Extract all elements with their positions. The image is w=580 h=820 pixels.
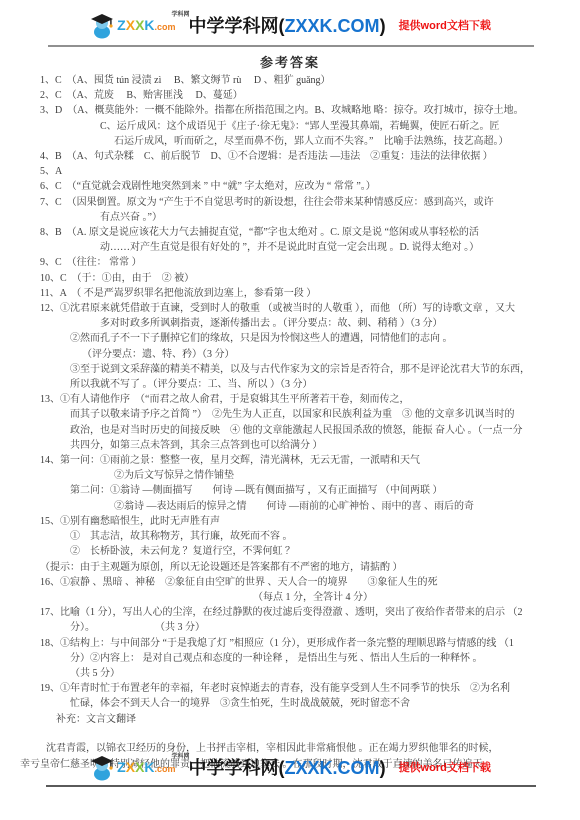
logo-wordmark: ZXXK.com学科网 [117,760,175,774]
answer-line: 9、C （往往： 常常 ） [40,255,566,270]
answer-line: 11、A （ 不是严嵩罗织罪名把他流放到边塞上，参看第一段 ） [40,286,566,301]
answer-line: 而其子以敬来请予序之首简 ”） ②先生为人正直，以国家和民族利益为重 ③ 他的文… [40,407,566,422]
answer-line: 8、B （A. 原文是说应该花大力气去捕捉直觉，“都”字也太绝对 。C. 原文是… [40,225,566,240]
answer-line: 7、C （因果倒置。原文为 “产生于不自觉思考时的新设想，往往会带来某种情感反应… [40,195,566,210]
answer-line: 1、C （A、囤货 tún 浸渍 zì B、繁文缛节 rù D 、粗犷 guǎn… [40,73,566,88]
answer-line: 15、①别有幽愁暗恨生，此时无声胜有声 [40,514,566,529]
answer-line: ① 其志洁，故其称物芳，其行廉，故死而不容 。 [40,529,566,544]
answer-line: C、运斤成风：这个成语见于《庄子·徐无鬼》：“郢人垩漫其鼻端，若蝇翼，使匠石斫之… [40,119,566,134]
answer-line: 所以我就不写了 。（评分要点：工、当、所以 ）（3 分） [40,377,566,392]
answers-list: 1、C （A、囤货 tún 浸渍 zì B、繁文缛节 rù D 、粗犷 guǎn… [40,73,566,727]
answer-line: （评分要点：遗、特、矜）（3 分） [40,347,566,362]
answer-line: 6、C （“直觉就会戏剧性地突然到来 ” 中 “就” 字太绝对，应改为 “ 常常… [40,179,566,194]
graduate-mascot-icon [89,753,115,781]
footer-divider [46,785,536,787]
header-brand-bar: ZXXK.com学科网 中学学科网(ZXXK.COM) 提供word文档下载 [0,11,580,39]
answer-line: 5、A [40,164,566,179]
answer-line: 12、①沈君原来就凭借敢于直谏，受到时人的敬重 （或被当时的人敬重 ），而他 （… [40,301,566,316]
logo-letter: X [126,759,135,775]
download-note: 提供word文档下载 [399,17,491,33]
site-code: ZXXK.COM [285,758,380,778]
footer-brand-bar: ZXXK.com学科网 中学学科网(ZXXK.COM) 提供word文档下载 [0,753,580,781]
answer-line: ②翁诗 —表达雨后的惊异之情 何诗 —雨前的心旷神怡 、雨中的喜 、雨后的奇 [40,499,566,514]
answer-line: 分）。 （共 3 分） [40,620,566,635]
answer-line: 2、C （A、荒废 B、贻害匪浅 D、蔓延） [40,88,566,103]
answer-line: 18、①结构上：与中间部分 “于是我熄了灯 ”相照应（1 分），更形成作者一条完… [40,636,566,651]
site-title-suffix: ) [380,758,386,778]
logo-letter: Z [117,759,126,775]
answer-line: ③至于说到文采辞藻的精美不精美，以及与古代作家为文的宗旨是否符合，那不是评论沈君… [40,362,566,377]
page-title: 参考答案 [0,52,580,71]
answer-line: 14、第一问：①雨前之景：整整一夜，星月交辉，清光满林，无云无雷，一派晴和天气 [40,453,566,468]
logo-wordmark: ZXXK.com学科网 [117,18,175,32]
logo-tagline: 学科网 [172,754,190,760]
download-note: 提供word文档下载 [399,759,491,775]
answer-line: 16、①寂静 、黑暗 、神秘 ②象征自由空旷的世界 、天人合一的境界 ③象征人生… [40,575,566,590]
answer-line: 政治，也是对当时历史的间接反映 ④ 他的文章能激起人民报国杀敌的愤怒，能振 奋人… [40,423,566,438]
answer-line: ② 长桥卧波，未云何龙 ？复道行空，不霁何虹 ？ [40,544,566,559]
graduate-mascot-icon [89,11,115,39]
logo-letter: X [135,17,144,33]
answer-line: （每点 1 分，全答计 4 分） [40,590,566,605]
answer-line: 共四分，如第三点未答到，其余三点答到也可以给满分 ） [40,438,566,453]
site-code: ZXXK.COM [285,16,380,36]
answer-line: ②然而孔子不一下子删掉它们的缘故，只是因为怜悯这些人的遭遇，同情他们的志向 。 [40,331,566,346]
answer-line: 动……对产生直觉是很有好处的 ”，并不是说此时直觉一定会出现 。D. 说得太绝对… [40,240,566,255]
logo-suffix: .com [155,22,176,32]
logo-letter: X [135,759,144,775]
site-title-prefix: 中学学科网( [189,758,285,778]
logo-suffix: .com [155,764,176,774]
site-title-prefix: 中学学科网( [189,16,285,36]
answer-line: 19、①年青时忙于布置老年的幸福，年老时哀悼逝去的青春，没有能享受到人生不同季节… [40,681,566,696]
answer-line: 忙碌，体会不到天人合一的境界 ③贪生怕死，生时战战兢兢，死时留恋不舍 [40,696,566,711]
logo-tagline: 学科网 [172,12,190,18]
zxxk-logo-footer: ZXXK.com学科网 [89,753,175,781]
answer-line: 10、C （于：①由，由于 ② 被） [40,271,566,286]
header-divider [48,45,534,47]
logo-letter: K [144,17,154,33]
site-title: 中学学科网(ZXXK.COM) [189,12,386,38]
answer-line: 3、D （A、概莫能外：一概不能除外。指都在所指范围之内。B、攻城略地 略：掠夺… [40,103,566,118]
logo-letter: Z [117,17,126,33]
site-title-suffix: ) [380,16,386,36]
logo-letter: X [126,17,135,33]
answer-line: 第二问：①翁诗 —侧面描写 何诗 —既有侧面描写 ，又有正面描写 （中间两联 ） [40,483,566,498]
answer-line: 有点兴奋 。”） [40,210,566,225]
answer-line: 石运斤成风，听而斫之，尽垩而鼻不伤，郢人立而不失容。” 比喻手法熟练，技艺高超。… [40,134,566,149]
answer-line: 17、比喻（1 分），写出人心的尘滓，在经过静默的夜过滤后变得澄澈 、透明，突出… [40,605,566,620]
answer-line: 4、B （A、句式杂糅 C、前后脱节 D、①不合逻辑：是否违法 —违法 ②重复：… [40,149,566,164]
answer-line: 13、①有人请他作序 （“而君之故人俞君，于是裒辑其生平所著若干卷，刻而传之， [40,392,566,407]
answer-line: 补充：文言文翻译 [40,712,566,727]
answer-line: （提示：由于主观题为原创，所以无论设题还是答案都有不严密的地方，请掂酌 ） [40,560,566,575]
site-title: 中学学科网(ZXXK.COM) [189,754,386,780]
zxxk-logo: ZXXK.com学科网 [89,11,175,39]
answer-line: ②为后文写惊异之情作铺垫 [40,468,566,483]
answer-line: （共 5 分） [40,666,566,681]
logo-letter: K [144,759,154,775]
answer-line: 分）②内容上： 是对自己观点和态度的一种诠释 ， 是悟出生与死 、悟出人生后的一… [40,651,566,666]
answer-line: 多对时政多所讽刺指责，逐渐传播出去 。（评分要点：故、刺、稍稍 ）（3 分） [40,316,566,331]
